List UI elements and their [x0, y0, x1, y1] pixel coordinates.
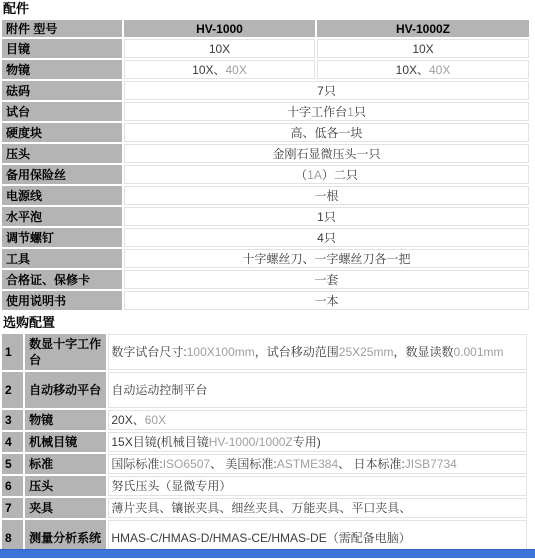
- row-number: 5: [2, 454, 23, 474]
- table-row: 砝码 7只: [2, 81, 529, 100]
- row-content: 国际标准:ISO6507、 美国标准:ASTME384、 日本标准:JISB77…: [108, 454, 527, 474]
- row-content: 自动运动控制平台: [108, 372, 527, 408]
- table-row: 合格证、保修卡 一套: [2, 270, 529, 289]
- accessories-header-model2: HV-1000Z: [317, 20, 529, 37]
- row-number: 3: [2, 410, 23, 430]
- row-label: 压头: [2, 144, 122, 163]
- row-label: 工具: [2, 249, 122, 268]
- table-row: 3 物镜 20X、60X: [2, 410, 527, 430]
- table-row: 试台 十字工作台1只: [2, 102, 529, 121]
- table-row: 电源线 一根: [2, 186, 529, 205]
- table-row: 2 自动移动平台 自动运动控制平台: [2, 372, 527, 408]
- row-value: 高、低各一块: [124, 123, 529, 142]
- row-label: 自动移动平台: [25, 372, 106, 408]
- row-content: 数字试台尺寸:100X100mm，试台移动范围25X25mm，数显读数0.001…: [108, 334, 527, 370]
- row-value: 十字螺丝刀、一字螺丝刀各一把: [124, 249, 529, 268]
- row-content: 20X、60X: [108, 410, 527, 430]
- table-row: 物镜 10X、40X 10X、40X: [2, 60, 529, 79]
- row-label: 试台: [2, 102, 122, 121]
- row-label: 备用保险丝: [2, 165, 122, 184]
- row-value: 十字工作台1只: [124, 102, 529, 121]
- bottom-bar: [0, 549, 535, 558]
- row-value: 金刚石显微压头一只: [124, 144, 529, 163]
- table-row: 硬度块 高、低各一块: [2, 123, 529, 142]
- table-row: 调节螺钉 4只: [2, 228, 529, 247]
- optional-section-title: 选购配置: [0, 312, 535, 332]
- row-label: 目镜: [2, 39, 122, 58]
- table-row: 4 机械目镜 15X目镜(机械目镜HV-1000/1000Z专用): [2, 432, 527, 452]
- row-number: 1: [2, 334, 23, 370]
- row-label: 电源线: [2, 186, 122, 205]
- row-label: 合格证、保修卡: [2, 270, 122, 289]
- row-label: 硬度块: [2, 123, 122, 142]
- accessories-header-row: 附件 型号 HV-1000 HV-1000Z: [2, 20, 529, 37]
- table-row: 1 数显十字工作台 数字试台尺寸:100X100mm，试台移动范围25X25mm…: [2, 334, 527, 370]
- row-label: 物镜: [2, 60, 122, 79]
- table-row: 水平泡 1只: [2, 207, 529, 226]
- row-number: 4: [2, 432, 23, 452]
- table-row: 5 标准 国际标准:ISO6507、 美国标准:ASTME384、 日本标准:J…: [2, 454, 527, 474]
- table-row: 备用保险丝 （1A）二只: [2, 165, 529, 184]
- row-value: 一套: [124, 270, 529, 289]
- row-number: 7: [2, 498, 23, 518]
- accessories-table: 附件 型号 HV-1000 HV-1000Z 目镜 10X 10X 物镜 10X…: [0, 18, 531, 312]
- row-content: 努氏压头（显微专用）: [108, 476, 527, 496]
- row-value: 一本: [124, 291, 529, 310]
- accessories-header-model1: HV-1000: [124, 20, 315, 37]
- row-value-model2: 10X: [317, 39, 529, 58]
- row-label: 夹具: [25, 498, 106, 518]
- row-content: 薄片夹具、镶嵌夹具、细丝夹具、万能夹具、平口夹具、: [108, 498, 527, 518]
- row-content: 15X目镜(机械目镜HV-1000/1000Z专用): [108, 432, 527, 452]
- table-row: 6 压头 努氏压头（显微专用）: [2, 476, 527, 496]
- row-number: 2: [2, 372, 23, 408]
- table-row: 工具 十字螺丝刀、一字螺丝刀各一把: [2, 249, 529, 268]
- row-value-model1: 10X: [124, 39, 315, 58]
- row-value: 4只: [124, 228, 529, 247]
- accessories-section-title: 配件: [0, 0, 535, 18]
- row-label: 砝码: [2, 81, 122, 100]
- row-label: 水平泡: [2, 207, 122, 226]
- row-label: 压头: [25, 476, 106, 496]
- accessories-header-label: 附件 型号: [2, 20, 122, 37]
- row-number: 6: [2, 476, 23, 496]
- row-label: 使用说明书: [2, 291, 122, 310]
- row-label: 数显十字工作台: [25, 334, 106, 370]
- row-value: 1只: [124, 207, 529, 226]
- row-value-model2: 10X、40X: [317, 60, 529, 79]
- row-value: 7只: [124, 81, 529, 100]
- table-row: 使用说明书 一本: [2, 291, 529, 310]
- table-row: 7 夹具 薄片夹具、镶嵌夹具、细丝夹具、万能夹具、平口夹具、: [2, 498, 527, 518]
- row-value: （1A）二只: [124, 165, 529, 184]
- optional-table: 1 数显十字工作台 数字试台尺寸:100X100mm，试台移动范围25X25mm…: [0, 332, 529, 558]
- row-label: 机械目镜: [25, 432, 106, 452]
- table-row: 目镜 10X 10X: [2, 39, 529, 58]
- row-label: 物镜: [25, 410, 106, 430]
- table-row: 压头 金刚石显微压头一只: [2, 144, 529, 163]
- row-label: 标准: [25, 454, 106, 474]
- row-value: 一根: [124, 186, 529, 205]
- row-label: 调节螺钉: [2, 228, 122, 247]
- row-value-model1: 10X、40X: [124, 60, 315, 79]
